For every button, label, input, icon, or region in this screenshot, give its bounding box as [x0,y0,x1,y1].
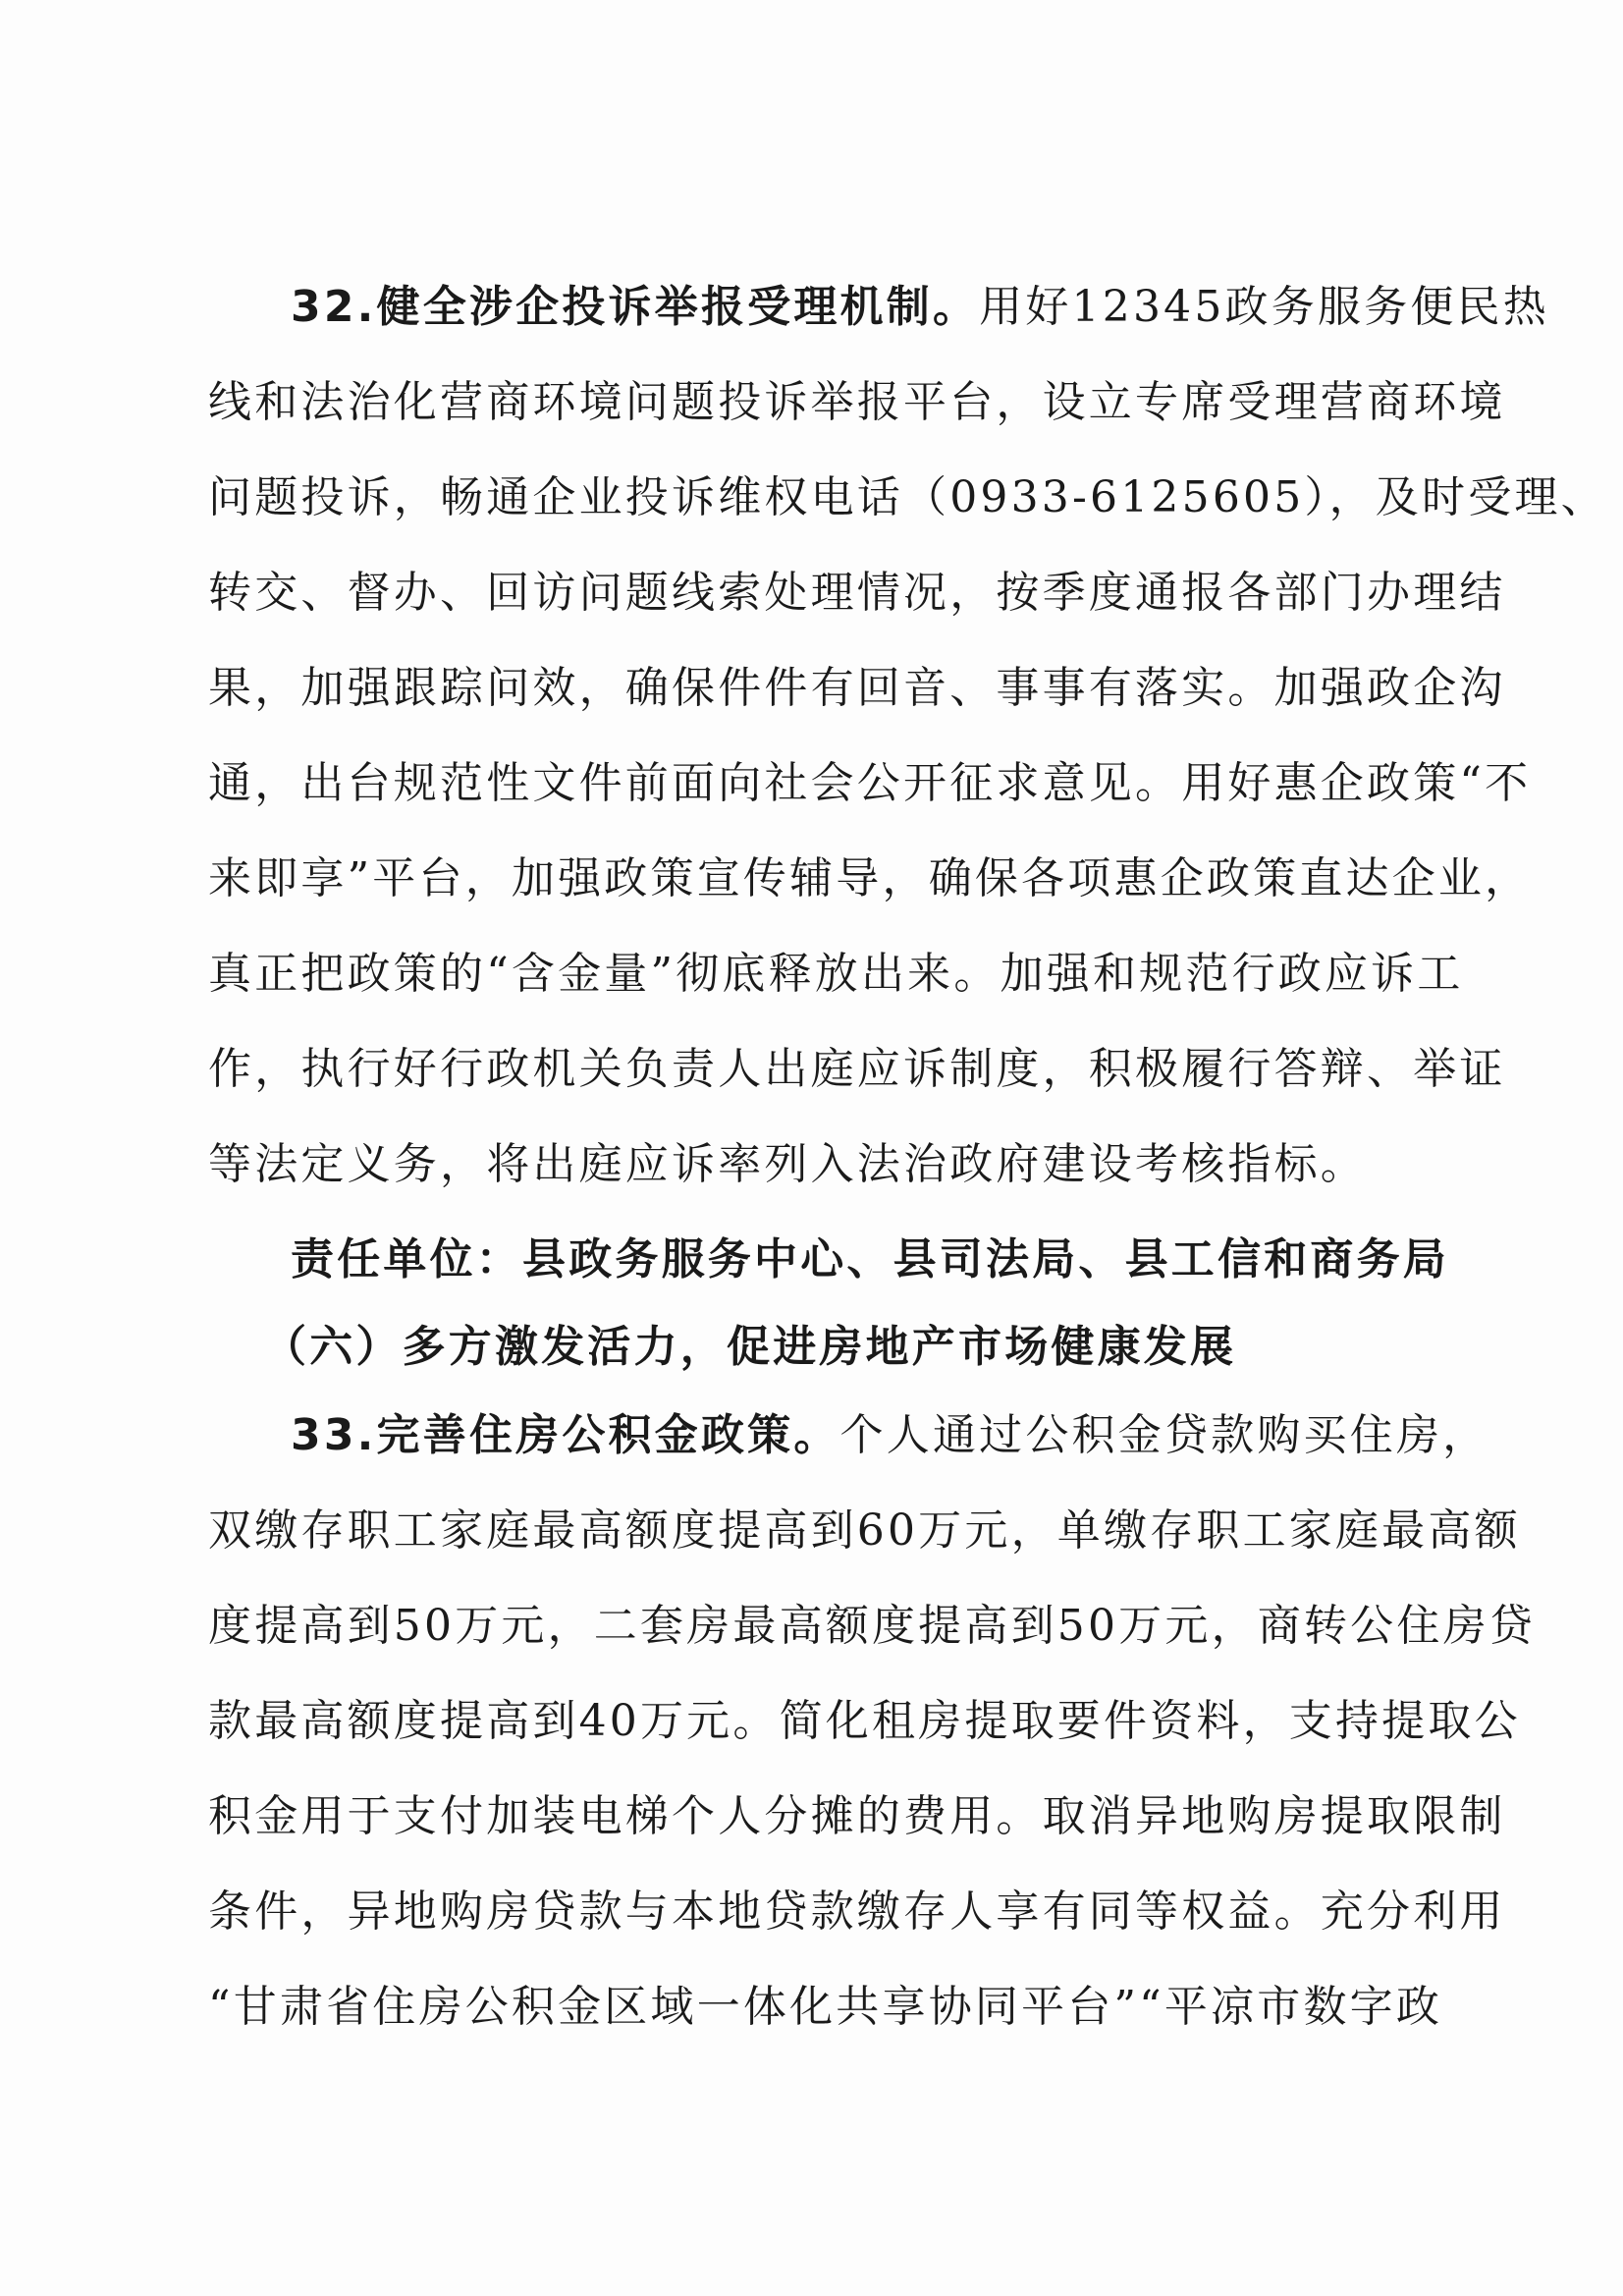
item-32-line: 问题投诉，畅通企业投诉维权电话（0933-6125605），及时受理、 [208,468,1416,527]
item-32-line: 果，加强跟踪问效，确保件件有回音、事事有落实。加强政企沟 [208,659,1416,718]
item-32-responsible-units: 责任单位：县政务服务中心、县司法局、县工信和商务局 [291,1230,1498,1289]
item-32-line: 真正把政策的“含金量”彻底释放出来。加强和规范行政应诉工 [208,945,1416,1004]
document-page: 32.健全涉企投诉举报受理机制。用好12345政务服务便民热 线和法治化营商环境… [0,0,1623,2296]
item-33-line: “甘肃省住房公积金区域一体化共享协同平台”“平凉市数字政 [208,1978,1416,2037]
item-32-line: 来即享”平台，加强政策宣传辅导，确保各项惠企政策直达企业， [208,849,1416,908]
item-32-line: 作，执行好行政机关负责人出庭应诉制度，积极履行答辩、举证 [208,1040,1416,1099]
item-32-number: 32. [291,282,377,332]
item-33-title: 完善住房公积金政策。 [377,1410,840,1460]
item-32-line: 等法定义务，将出庭应诉率列入法治政府建设考核指标。 [208,1135,1416,1194]
item-33-line: 度提高到50万元，二套房最高额度提高到50万元，商转公住房贷 [208,1597,1416,1656]
item-32-line: 线和法治化营商环境问题投诉举报平台，设立专席受理营商环境 [208,373,1416,432]
item-32-first-line: 32.健全涉企投诉举报受理机制。用好12345政务服务便民热 [291,278,1416,337]
item-32-line: 转交、督办、回访问题线索处理情况，按季度通报各部门办理结 [208,564,1416,623]
item-33-number: 33. [291,1410,377,1460]
item-32-text: 用好12345政务服务便民热 [979,282,1549,332]
item-33-line: 条件，异地购房贷款与本地贷款缴存人享有同等权益。充分利用 [208,1883,1416,1941]
item-33-line: 积金用于支付加装电梯个人分摊的费用。取消异地购房提取限制 [208,1787,1416,1846]
item-33-first-line: 33.完善住房公积金政策。个人通过公积金贷款购买住房， [291,1406,1416,1465]
item-33-line: 款最高额度提高到40万元。简化租房提取要件资料，支持提取公 [208,1692,1416,1751]
item-33-text: 个人通过公积金贷款购买住房， [840,1410,1489,1460]
section-heading: （六）多方激发活力，促进房地产市场健康发展 [263,1318,1471,1377]
item-33-line: 双缴存职工家庭最高额度提高到60万元，单缴存职工家庭最高额 [208,1502,1416,1560]
item-32-line: 通，出台规范性文件前面向社会公开征求意见。用好惠企政策“不 [208,754,1416,813]
item-32-title: 健全涉企投诉举报受理机制。 [377,282,980,332]
